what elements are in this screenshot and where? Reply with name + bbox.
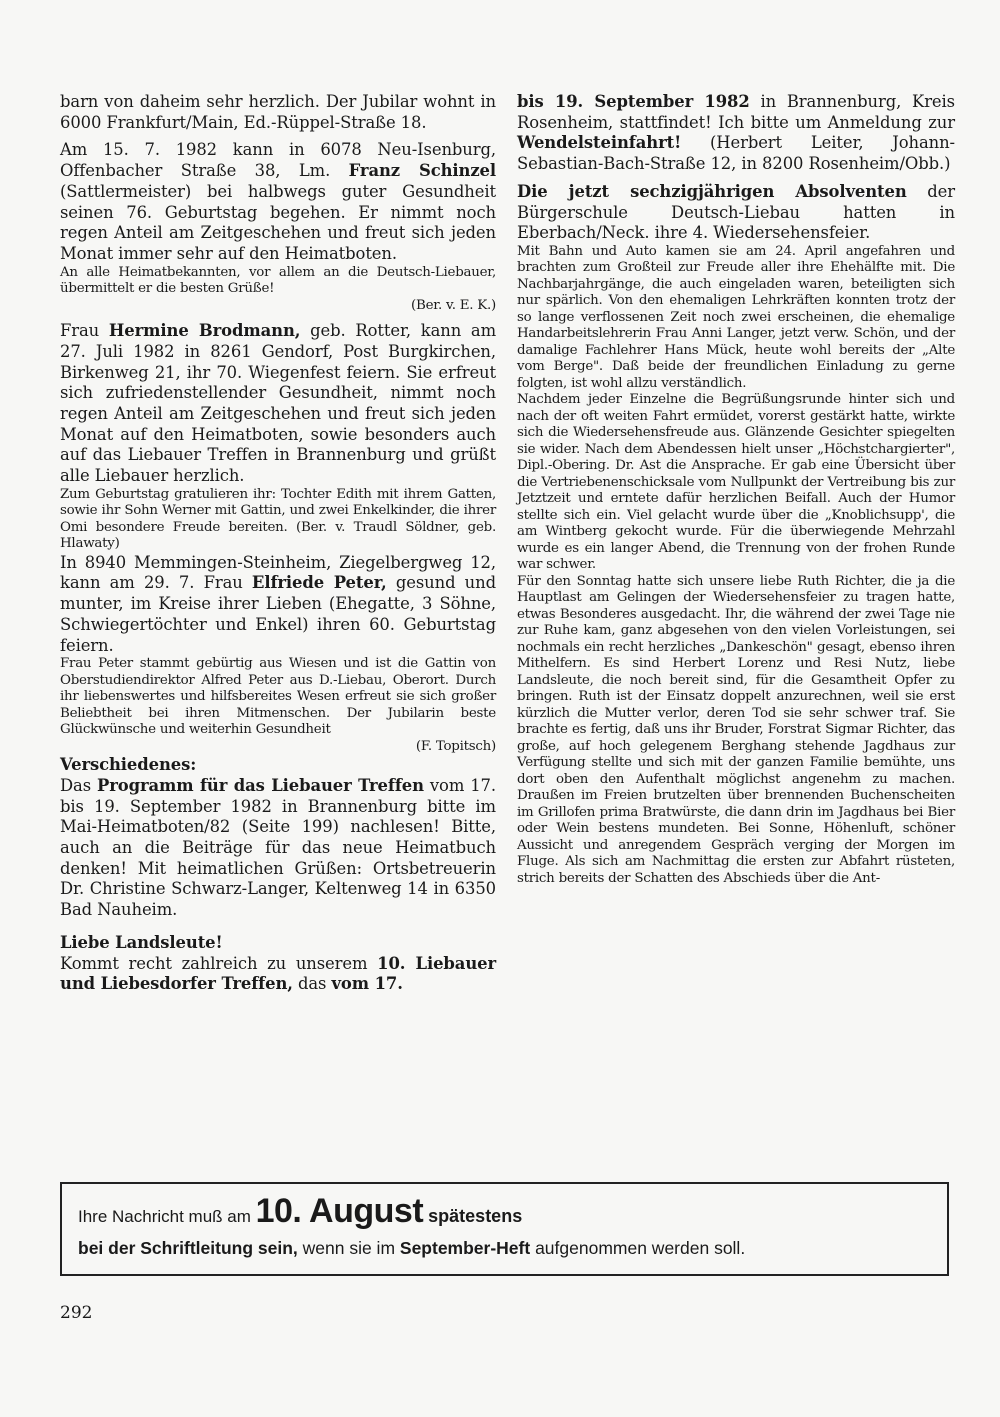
paragraph-congratulations: Zum Geburtstag gratulieren ihr: Tochter … bbox=[60, 487, 496, 553]
paragraph-arrival: Mit Bahn und Auto kamen sie am 24. April… bbox=[517, 244, 955, 393]
paragraph-jubilar-address: barn von daheim sehr herzlich. Der Jubil… bbox=[60, 92, 496, 133]
text: barn von daheim sehr herzlich. Der Jubil… bbox=[60, 92, 496, 132]
bold-text: bis 19. September 1982 bbox=[517, 92, 750, 111]
paragraph-programm: Das Programm für das Liebauer Treffen vo… bbox=[60, 776, 496, 921]
paragraph-evening: Nachdem jeder Einzelne die Begrüßungsrun… bbox=[517, 392, 955, 574]
paragraph-sunday: Für den Sonntag hatte sich unsere liebe … bbox=[517, 574, 955, 888]
deadline-date: 10. August bbox=[256, 1192, 424, 1230]
notice-line-1: Ihre Nachricht muß am 10. August spätest… bbox=[78, 1192, 522, 1231]
text: Ihre Nachricht muß am bbox=[78, 1207, 256, 1226]
text: vom 17. bis 19. September 1982 in Branne… bbox=[60, 776, 496, 919]
text: Frau bbox=[60, 321, 109, 340]
text: Kommt recht zahlreich zu unserem bbox=[60, 954, 377, 973]
paragraph-peter-details: Frau Peter stammt gebürtig aus Wiesen un… bbox=[60, 656, 496, 739]
bold-text: vom 17. bbox=[331, 974, 402, 993]
paragraph-absolventen: Die jetzt sechzigjährigen Absolventen de… bbox=[517, 182, 955, 244]
person-name: Franz Schinzel bbox=[349, 161, 496, 180]
bold-text: bei der Schriftleitung sein, bbox=[78, 1238, 298, 1258]
signature: (Ber. v. E. K.) bbox=[60, 298, 496, 315]
page-number: 292 bbox=[60, 1303, 92, 1323]
signature: (F. Topitsch) bbox=[60, 739, 496, 756]
left-column: barn von daheim sehr herzlich. Der Jubil… bbox=[60, 92, 496, 995]
paragraph-treffen-continued: bis 19. September 1982 in Brannenburg, K… bbox=[517, 92, 955, 175]
bold-text: September-Heft bbox=[400, 1238, 530, 1258]
text: spätestens bbox=[423, 1206, 522, 1226]
text: Das bbox=[60, 776, 97, 795]
paragraph-greetings: An alle Heimatbekannten, vor allem an di… bbox=[60, 265, 496, 298]
text: das bbox=[293, 974, 332, 993]
section-heading-landsleute: Liebe Landsleute! bbox=[60, 933, 496, 954]
heading-text: Liebe Landsleute! bbox=[60, 933, 223, 952]
person-name: Elfriede Peter, bbox=[252, 573, 387, 592]
heading-text: Verschiedenes: bbox=[60, 755, 196, 774]
section-heading-misc: Verschiedenes: bbox=[60, 755, 496, 776]
right-column: bis 19. September 1982 in Brannenburg, K… bbox=[517, 92, 955, 887]
deadline-notice-box: Ihre Nachricht muß am 10. August spätest… bbox=[60, 1182, 949, 1276]
person-name: Hermine Brodmann, bbox=[109, 321, 301, 340]
notice-line-2: bei der Schriftleitung sein, wenn sie im… bbox=[78, 1238, 745, 1259]
paragraph-peter: In 8940 Memmingen-Steinheim, Ziegelbergw… bbox=[60, 553, 496, 657]
text: geb. Rotter, kann am 27. Juli 1982 in 82… bbox=[60, 321, 496, 485]
bold-text: Die jetzt sechzigjährigen Absolventen bbox=[517, 182, 907, 201]
paragraph-brodmann: Frau Hermine Brodmann, geb. Rotter, kann… bbox=[60, 321, 496, 487]
text: aufgenommen werden soll. bbox=[530, 1238, 745, 1258]
bold-text: Programm für das Liebauer Treffen bbox=[97, 776, 424, 795]
text: An alle Heimatbekannten, vor allem an di… bbox=[60, 265, 496, 297]
text: wenn sie im bbox=[298, 1238, 400, 1258]
bold-text: Wendelsteinfahrt! bbox=[517, 133, 681, 152]
paragraph-treffen: Kommt recht zahlreich zu unserem 10. Lie… bbox=[60, 954, 496, 995]
paragraph-schinzel: Am 15. 7. 1982 kann in 6078 Neu-Isenburg… bbox=[60, 140, 496, 264]
text: (Sattlermeister) bei halbwegs guter Gesu… bbox=[60, 182, 496, 263]
